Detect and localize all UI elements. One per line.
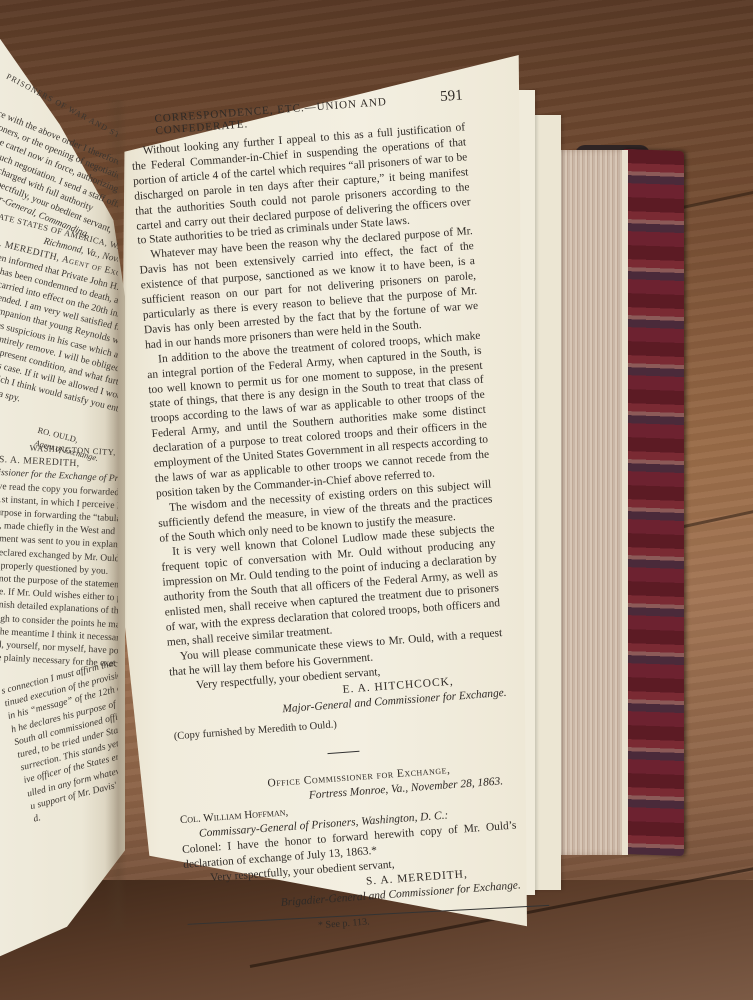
- left-text-block: WASHINGTON CITY, D. C., November S. A. M…: [0, 440, 118, 670]
- left-text-block: s connection I must affirm that the whol…: [0, 656, 118, 825]
- left-page-text: PRISONERS OF WAR AND STATE, ETC. ce with…: [0, 70, 118, 930]
- book-gutter-shadow: [105, 100, 127, 930]
- page-number: 591: [440, 87, 464, 106]
- paragraph: In addition to the above the treatment o…: [146, 329, 491, 502]
- page-block-highlight: [622, 150, 628, 855]
- right-page-text: CORRESPONDENCE, ETC.—UNION AND CONFEDERA…: [128, 87, 523, 942]
- marbled-book-cover-edge: [622, 149, 684, 856]
- section-divider: [327, 750, 359, 753]
- book-page-block-edge: [558, 150, 628, 855]
- left-text-block: ATE STATES OF AMERICA, WAR DEPARTMENT, R…: [0, 210, 114, 456]
